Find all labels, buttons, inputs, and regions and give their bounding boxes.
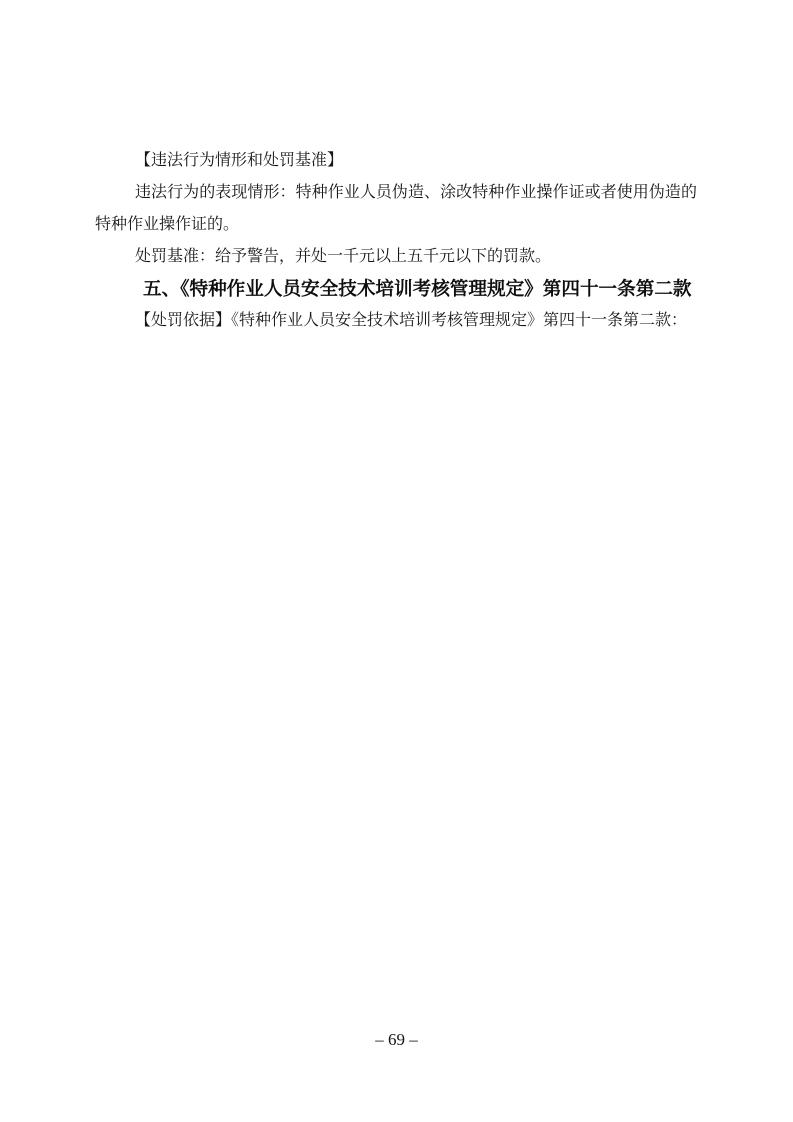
page-number: – 69 – [0,1024,793,1056]
penalty-basis-paragraph: 【处罚依据】《特种作业人员安全技术培训考核管理规定》第四十一条第二款： [95,305,697,337]
violation-description-paragraph: 违法行为的表现情形：特种作业人员伪造、涂改特种作业操作证或者使用伪造的特种作业操… [95,177,697,241]
document-page: 【违法行为情形和处罚基准】 违法行为的表现情形：特种作业人员伪造、涂改特种作业操… [0,0,793,1122]
document-body: 【违法行为情形和处罚基准】 违法行为的表现情形：特种作业人员伪造、涂改特种作业操… [95,145,697,337]
section-heading: 五、《特种作业人员安全技术培训考核管理规定》第四十一条第二款 [95,273,697,305]
penalty-standard-paragraph: 处罚基准：给予警告，并处一千元以上五千元以下的罚款。 [95,241,697,273]
bracket-section-label: 【违法行为情形和处罚基准】 [95,145,697,177]
